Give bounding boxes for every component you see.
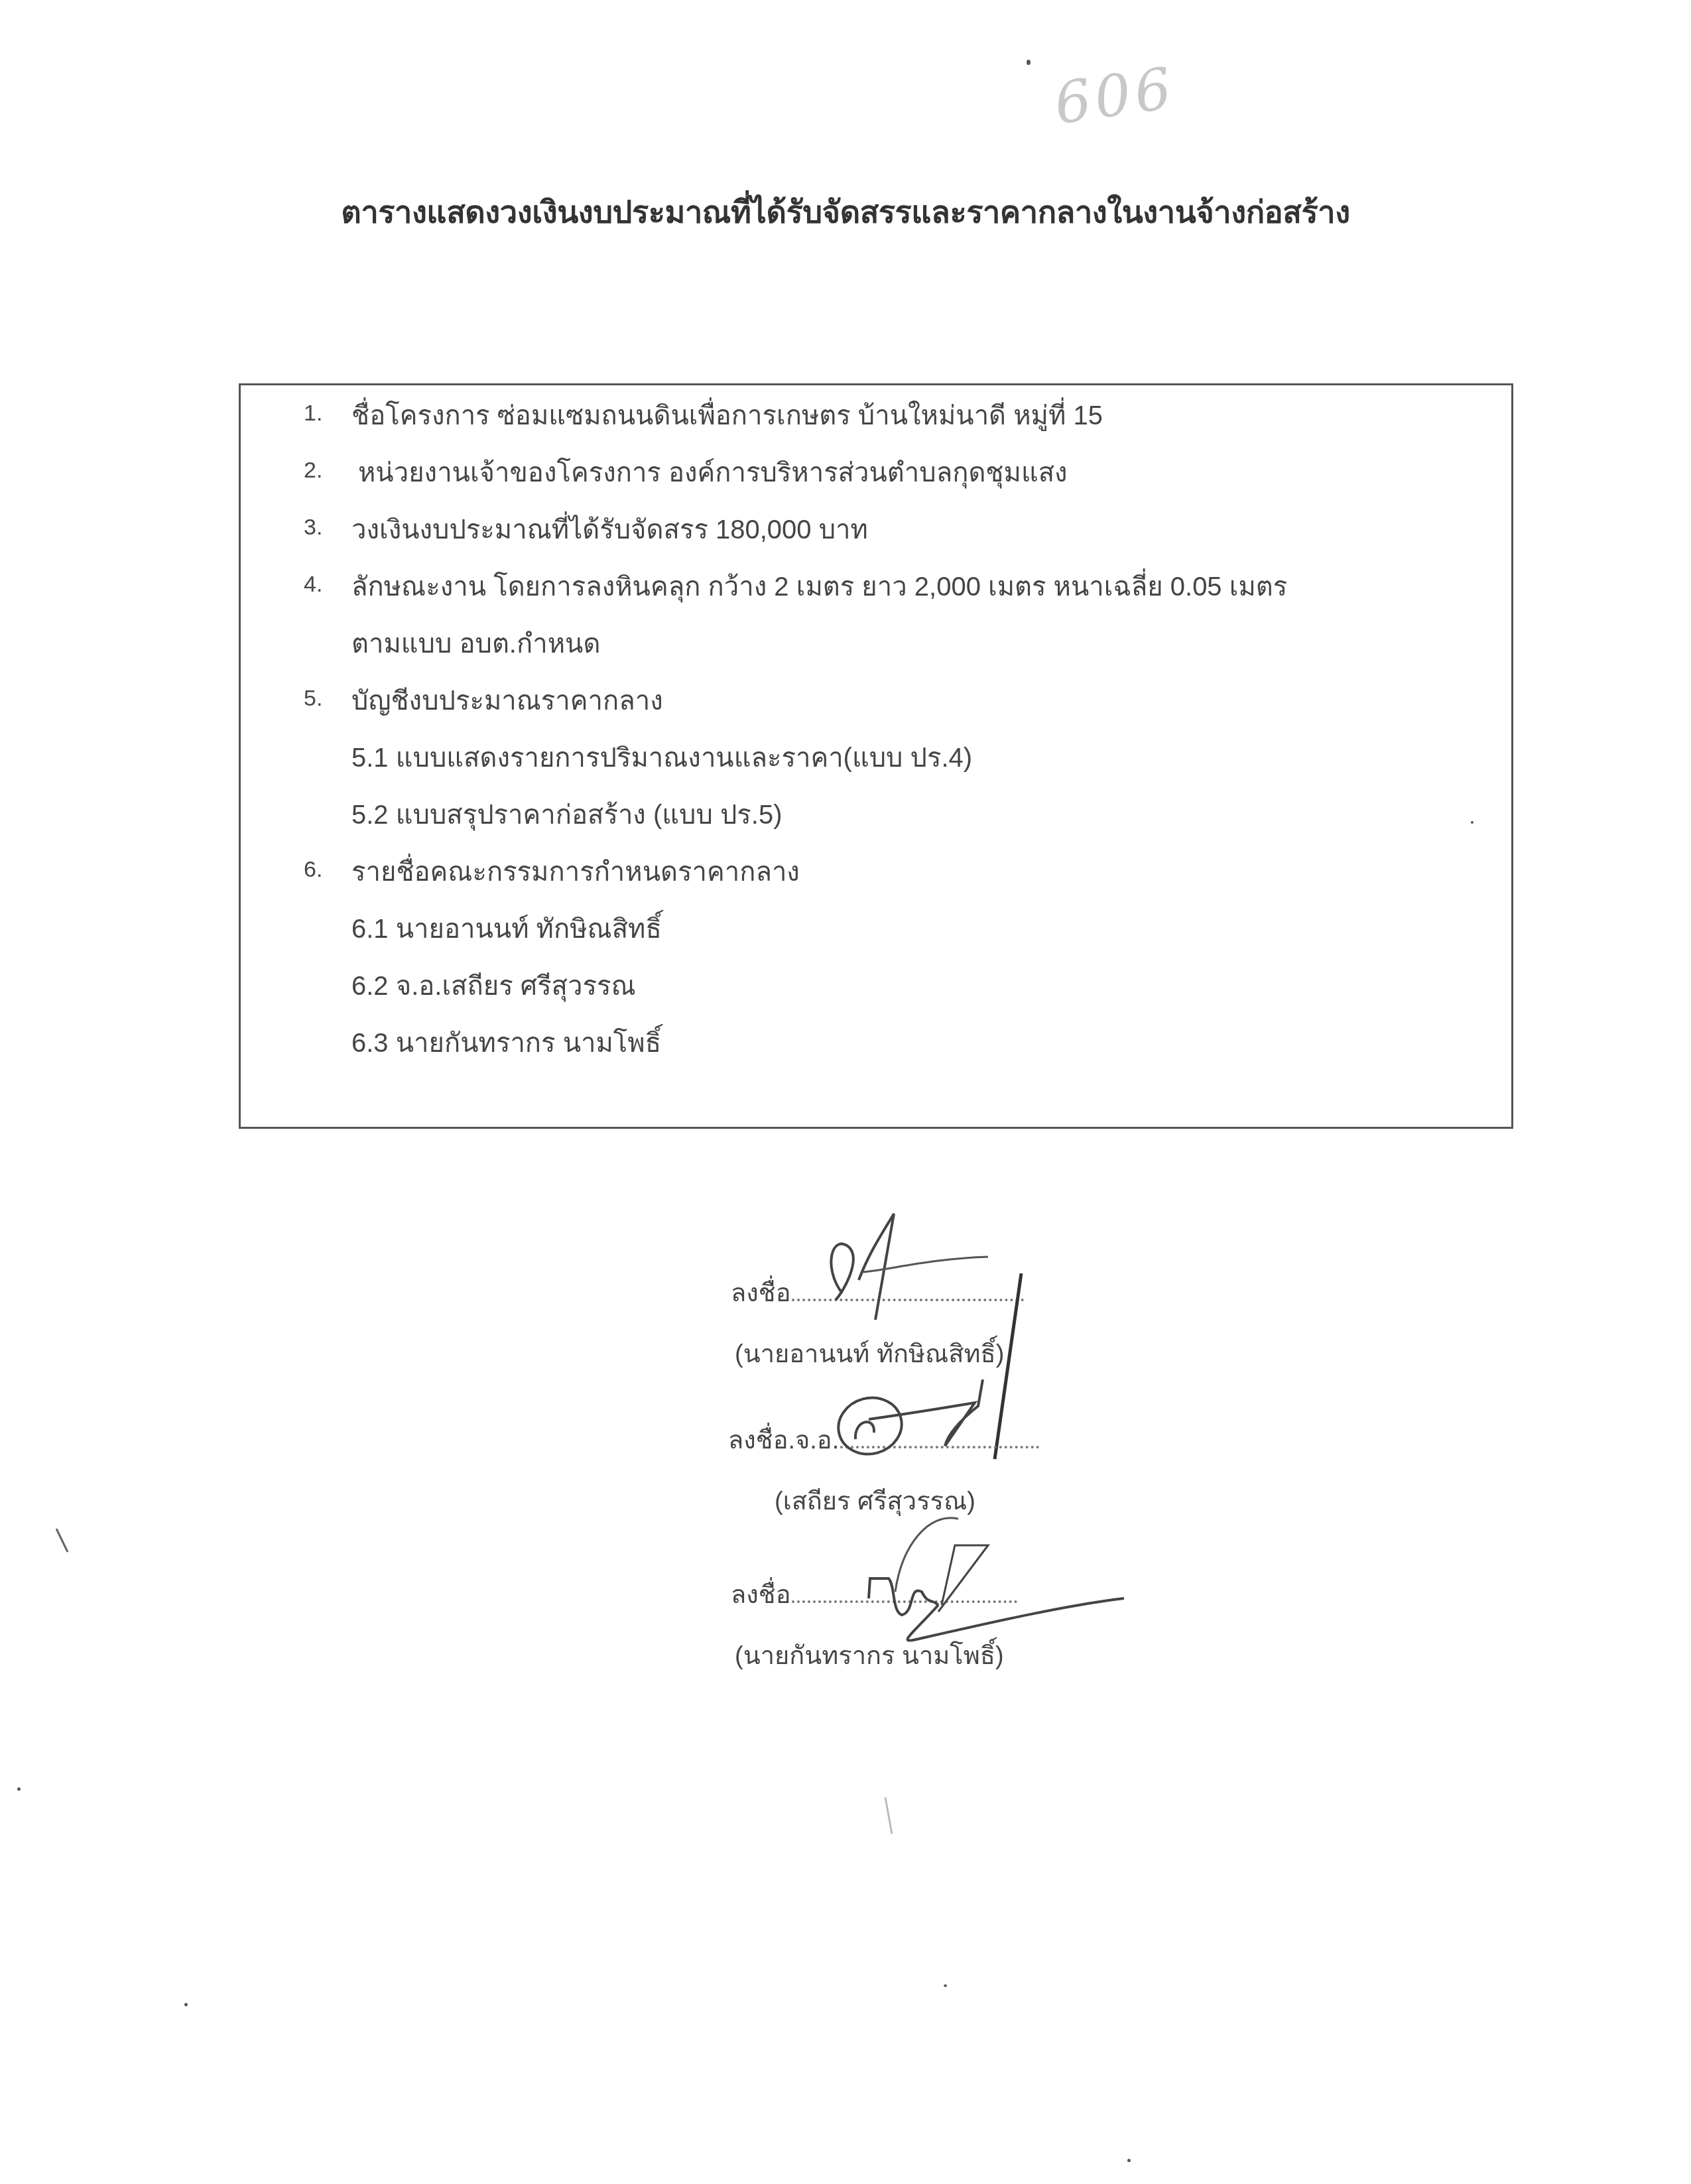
signature-label-1: ลงชื่อ <box>731 1279 790 1307</box>
item-number-6: 6. <box>304 857 322 883</box>
item-number-2: 2. <box>304 458 322 483</box>
committee-member-1: 6.1 นายอานนท์ ทักษิณสิทธิ์ <box>351 907 662 950</box>
subitem-5-2: 5.2 แบบสรุปราคาก่อสร้าง (แบบ ปร.5) <box>351 793 783 836</box>
signature-scribble-2 <box>836 1380 1048 1486</box>
scan-speck <box>1027 60 1031 65</box>
signatory-name-3: (นายกันทรากร นามโพธิ์) <box>735 1635 1004 1675</box>
signature-scribble-3 <box>829 1506 1134 1638</box>
item-budget: วงเงินงบประมาณที่ได้รับจัดสรร 180,000 บา… <box>351 508 868 550</box>
item-work-description-continuation: ตามแบบ อบต.กำหนด <box>351 622 600 665</box>
subitem-5-1: 5.1 แบบแสดงรายการปริมาณงานและราคา(แบบ ปร… <box>351 736 972 779</box>
scan-speck <box>184 2003 188 2006</box>
signature-label-2: ลงชื่อ.จ.อ. <box>728 1427 839 1454</box>
item-number-1: 1. <box>304 401 322 426</box>
scan-speck <box>1127 2159 1131 2162</box>
signature-label-3: ลงชื่อ <box>731 1581 790 1609</box>
signature-scribble-1 <box>796 1194 1061 1406</box>
item-committee-heading: รายชื่อคณะกรรมการกำหนดราคากลาง <box>351 850 800 893</box>
item-project-owner: หน่วยงานเจ้าของโครงการ องค์การบริหารส่วน… <box>358 451 1068 493</box>
item-number-4: 4. <box>304 572 322 598</box>
scan-speck <box>944 1984 947 1987</box>
item-work-description: ลักษณะงาน โดยการลงหินคลุก กว้าง 2 เมตร ย… <box>351 565 1287 608</box>
item-number-5: 5. <box>304 686 322 712</box>
scan-mark <box>53 1525 73 1559</box>
scan-speck <box>17 1787 21 1791</box>
document-title: ตารางแสดงวงเงินงบประมาณที่ได้รับจัดสรรแล… <box>0 187 1691 237</box>
scan-mark <box>882 1794 902 1840</box>
handwritten-page-number: 606 <box>1050 55 1179 137</box>
item-project-name: ชื่อโครงการ ซ่อมแซมถนนดินเพื่อการเกษตร บ… <box>351 394 1103 436</box>
item-price-list-heading: บัญชีงบประมาณราคากลาง <box>351 679 663 722</box>
committee-member-3: 6.3 นายกันทรากร นามโพธิ์ <box>351 1021 661 1064</box>
scan-speck <box>1471 821 1473 824</box>
item-number-3: 3. <box>304 515 322 541</box>
committee-member-2: 6.2 จ.อ.เสถียร ศรีสุวรรณ <box>351 964 636 1007</box>
